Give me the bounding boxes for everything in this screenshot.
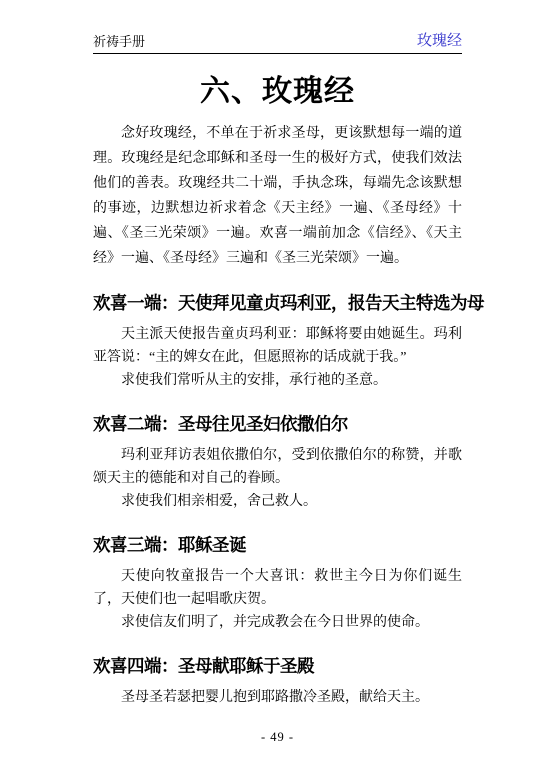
section-paragraph: 玛利亚拜访表姐依撒伯尔，受到依撒伯尔的称赞，并歌颂天主的德能和对自己的眷顾。 (93, 444, 462, 490)
running-header-chapter: 玫瑰经 (417, 33, 462, 50)
section-paragraph: 天使向牧童报告一个大喜讯：救世主今日为你们诞生了，天使们也一起唱歌庆贺。 (93, 565, 462, 611)
intro-paragraph: 念好玫瑰经，不单在于祈求圣母，更该默想每一端的道理。玫瑰经是纪念耶稣和圣母一生的… (93, 121, 462, 271)
page-number: - 49 - (0, 730, 555, 745)
running-header-book-title: 祈祷手册 (93, 34, 145, 50)
page-title: 六、玫瑰经 (93, 74, 462, 109)
section-paragraph: 天主派天使报告童贞玛利亚：耶稣将要由她诞生。玛利亚答说：“主的婢女在此，但愿照祢… (93, 323, 462, 369)
section-heading: 欢喜一端：天使拜见童贞玛利亚，报告天主特选为母 (93, 291, 462, 315)
section-joyful-3: 欢喜三端：耶稣圣诞 天使向牧童报告一个大喜讯：救世主今日为你们诞生了，天使们也一… (93, 533, 462, 634)
section-paragraph: 求使信友们明了，并完成教会在今日世界的使命。 (93, 611, 462, 634)
section-joyful-1: 欢喜一端：天使拜见童贞玛利亚，报告天主特选为母 天主派天使报告童贞玛利亚：耶稣将… (93, 291, 462, 392)
section-paragraph: 求使我们相亲相爱，舍己救人。 (93, 490, 462, 513)
section-joyful-2: 欢喜二端：圣母往见圣妇依撒伯尔 玛利亚拜访表姐依撒伯尔，受到依撒伯尔的称赞，并歌… (93, 412, 462, 513)
document-page: 祈祷手册 玫瑰经 六、玫瑰经 念好玫瑰经，不单在于祈求圣母，更该默想每一端的道理… (0, 0, 555, 759)
running-header: 祈祷手册 玫瑰经 (93, 33, 462, 54)
section-heading: 欢喜三端：耶稣圣诞 (93, 533, 462, 557)
section-heading: 欢喜四端：圣母献耶稣于圣殿 (93, 654, 462, 678)
section-paragraph: 圣母圣若瑟把婴儿抱到耶路撒冷圣殿，献给天主。 (93, 686, 462, 709)
section-joyful-4: 欢喜四端：圣母献耶稣于圣殿 圣母圣若瑟把婴儿抱到耶路撒冷圣殿，献给天主。 (93, 654, 462, 709)
section-paragraph: 求使我们常听从主的安排，承行祂的圣意。 (93, 369, 462, 392)
section-heading: 欢喜二端：圣母往见圣妇依撒伯尔 (93, 412, 462, 436)
page-content: 祈祷手册 玫瑰经 六、玫瑰经 念好玫瑰经，不单在于祈求圣母，更该默想每一端的道理… (0, 0, 555, 709)
